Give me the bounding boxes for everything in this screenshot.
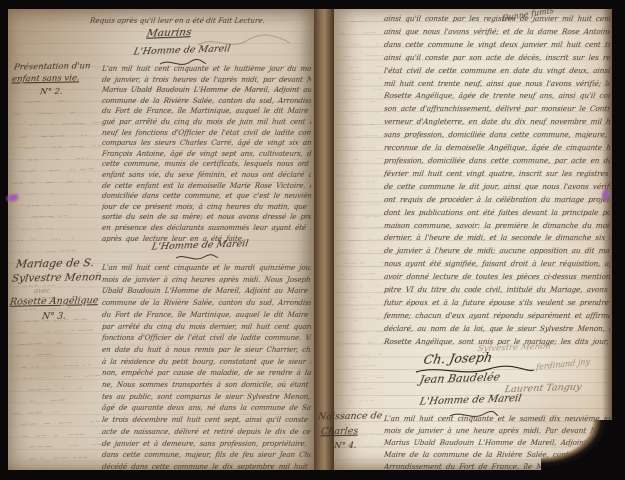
margin-note-line: avec [33, 287, 50, 295]
margin-note-act-number: N° 3. [41, 312, 66, 322]
handwriting-line: Rosette Angélique, âgée de trente neuf a… [383, 90, 611, 103]
handwriting-line: futur époux et à la future épouse s'ils … [383, 297, 611, 310]
handwriting-line: François Antoine, âgé de vingt sept ans,… [101, 149, 311, 160]
handwriting-line: ont requis de procéder à la célébration … [383, 194, 611, 207]
handwriting-line: sans profession, domiciliée dans cette c… [383, 129, 611, 142]
margin-note-line: enfant sans vie. [11, 73, 80, 84]
handwriting-line: commune de la Rivière Salée, canton du s… [101, 96, 311, 107]
handwriting-line: gué par arrêté du cinq du mois de juin m… [101, 117, 311, 128]
handwriting-line: par arrêté du cinq du mois dernier, mil … [101, 321, 311, 333]
handwriting-line: reconnue de la demoiselle Angélique, âgé… [383, 142, 611, 155]
binding-gutter [314, 9, 334, 470]
margin-note-line: Charles [320, 426, 359, 438]
handwriting-line: acte de naissance, délivré et retiré dep… [101, 426, 311, 438]
handwriting-line: sortie du sein de sa mère; et nous avons… [101, 212, 311, 223]
handwriting-line: pitre VI du titre du code civil, intitul… [383, 284, 611, 297]
handwriting-line: commune de la Rivière Salée, canton du s… [101, 297, 311, 309]
handwriting-line: Ubald Baudouin L'Homme de Mareil, Adjoin… [101, 285, 311, 297]
scanned-register-spread: —— — — —— ‒ –– – ——— —— — ——— ‐‐ ‒‒‒ ‒‒ … [0, 0, 625, 480]
handwriting-line: du Fort de France, île Martinique, auque… [101, 309, 311, 321]
handwriting-line: ainsi qu'il conste par son acte de décès… [383, 52, 611, 65]
handwriting-line: neuf les fonctions d'Officier de l'état … [101, 128, 311, 139]
handwriting-line: ne, Nous sommes transportés à son domici… [101, 379, 311, 391]
handwriting-line: l'état civil de cette commune en date du… [383, 65, 611, 78]
handwriting-line: en présence des déclarants susnommés leu… [101, 223, 311, 234]
handwriting-line: nous ayant été signifiée, faisant droit … [383, 258, 611, 271]
handwriting-line: du Fort de France, île Martinique, auque… [101, 106, 311, 117]
page-edge-shadow [602, 9, 612, 470]
margin-note-act-number: N° 2. [39, 87, 63, 97]
handwriting-line: maison commune, savoir: la première le d… [383, 220, 611, 233]
handwriting-line: comparus les sieurs Charles Carré, âgé d… [101, 138, 311, 149]
handwriting-line: de cette enfant est la demoiselle Marie … [101, 181, 311, 192]
handwriting-line: verneur d'Angleterre, en date du dix neu… [383, 116, 611, 129]
handwriting-line: tes au public, sont comparus le sieur Sy… [101, 391, 311, 403]
handwriting-line: dans cette commune le vingt deux janvier… [383, 39, 611, 52]
margin-note-act-number: N° 4. [333, 441, 357, 451]
previous-act-closing-line: Requis après qu'il leur en a été dit Fai… [89, 16, 318, 25]
handwriting-line: ainsi qu'il conste par les registres de … [383, 13, 611, 26]
handwriting-line: Marius Ubald Baudouin L'Homme de Mareil,… [101, 85, 311, 96]
margin-note-line: Mariage de S. [15, 256, 95, 270]
handwriting-line: ainsi que nous l'avons vérifié; et de la… [383, 26, 611, 39]
handwriting-line: déclaré, au nom de la loi, que le sieur … [383, 323, 611, 336]
act-body-text: L'an mil huit cent cinquante et le mardi… [102, 262, 311, 473]
margin-note-line: Rosette Angélique [9, 295, 99, 308]
handwriting-line: février mil huit cent vingt quatre, insc… [383, 168, 611, 181]
handwriting-line: mil huit cent trente neuf, ainsi que nou… [383, 78, 611, 91]
handwriting-line: de janvier à l'heure de midi; aucune opp… [383, 245, 611, 258]
act-body-text: ainsi qu'il conste par les registres de … [384, 13, 610, 349]
handwriting-line: mois de janvier à cinq heures après midi… [101, 274, 311, 286]
margin-note-line: Sylvestre Menon [11, 271, 102, 285]
handwriting-line: dont les publications ont été faites dev… [383, 207, 611, 220]
handwriting-line: femme; chacun d'eux ayant répondu séparé… [383, 310, 611, 323]
handwriting-line: dans cette commune, majeur, fils de feu … [101, 449, 311, 461]
handwriting-line: de janvier, à trois heures de l'après mi… [101, 75, 311, 86]
handwriting-line: non, empêché par cause de maladie, de se… [101, 367, 311, 379]
handwriting-line: L'an mil huit cent cinquante et le huiti… [101, 64, 311, 75]
handwriting-line: de cette commune le dit jour, ainsi que … [383, 181, 611, 194]
margin-note-line: Naissance de [317, 410, 383, 422]
handwriting-line: fonctions d'Officier de l'état civil de … [101, 332, 311, 344]
handwriting-line: cette commune, munis de certificats, les… [101, 159, 311, 170]
handwriting-line: profession, domiciliée dans cette commun… [383, 155, 611, 168]
handwriting-line: de janvier et à demeure, sans profession… [101, 438, 311, 450]
signature-maurins: Maurins [146, 26, 193, 40]
page-corner-curl [541, 420, 625, 480]
handwriting-line: son acte d'affranchissement, délivré par… [383, 103, 611, 116]
handwriting-line: jour de ce présent mois, à cinq heures d… [101, 202, 311, 213]
handwriting-line: en date du huit à nous remis par le sieu… [101, 344, 311, 356]
margin-note-line: Présentation d'un [13, 61, 91, 72]
handwriting-line: avoir donné lecture de toutes les pièces… [383, 271, 611, 284]
handwriting-line: L'an mil huit cent cinquante et le mardi… [101, 262, 311, 274]
handwriting-line: domiciliée dans cette commune, et que c'… [101, 191, 311, 202]
handwriting-line: le trois décembre mil huit cent sept, ai… [101, 414, 311, 426]
handwriting-line: dernier, à l'heure de midi, et la second… [383, 232, 611, 245]
handwriting-line: âgé de quarante deux ans, né dans la com… [101, 402, 311, 414]
signature-ch-joseph: Ch. Joseph [422, 350, 493, 367]
act-body-text: L'an mil huit cent cinquante et le huiti… [102, 64, 311, 244]
handwriting-line: enfant sans vie, du sexe féminin, et nou… [101, 170, 311, 181]
handwriting-line: à la résidence du petit bourg, constatan… [101, 356, 311, 368]
handwriting-line: décédé dans cette commune le dix septemb… [101, 461, 311, 473]
